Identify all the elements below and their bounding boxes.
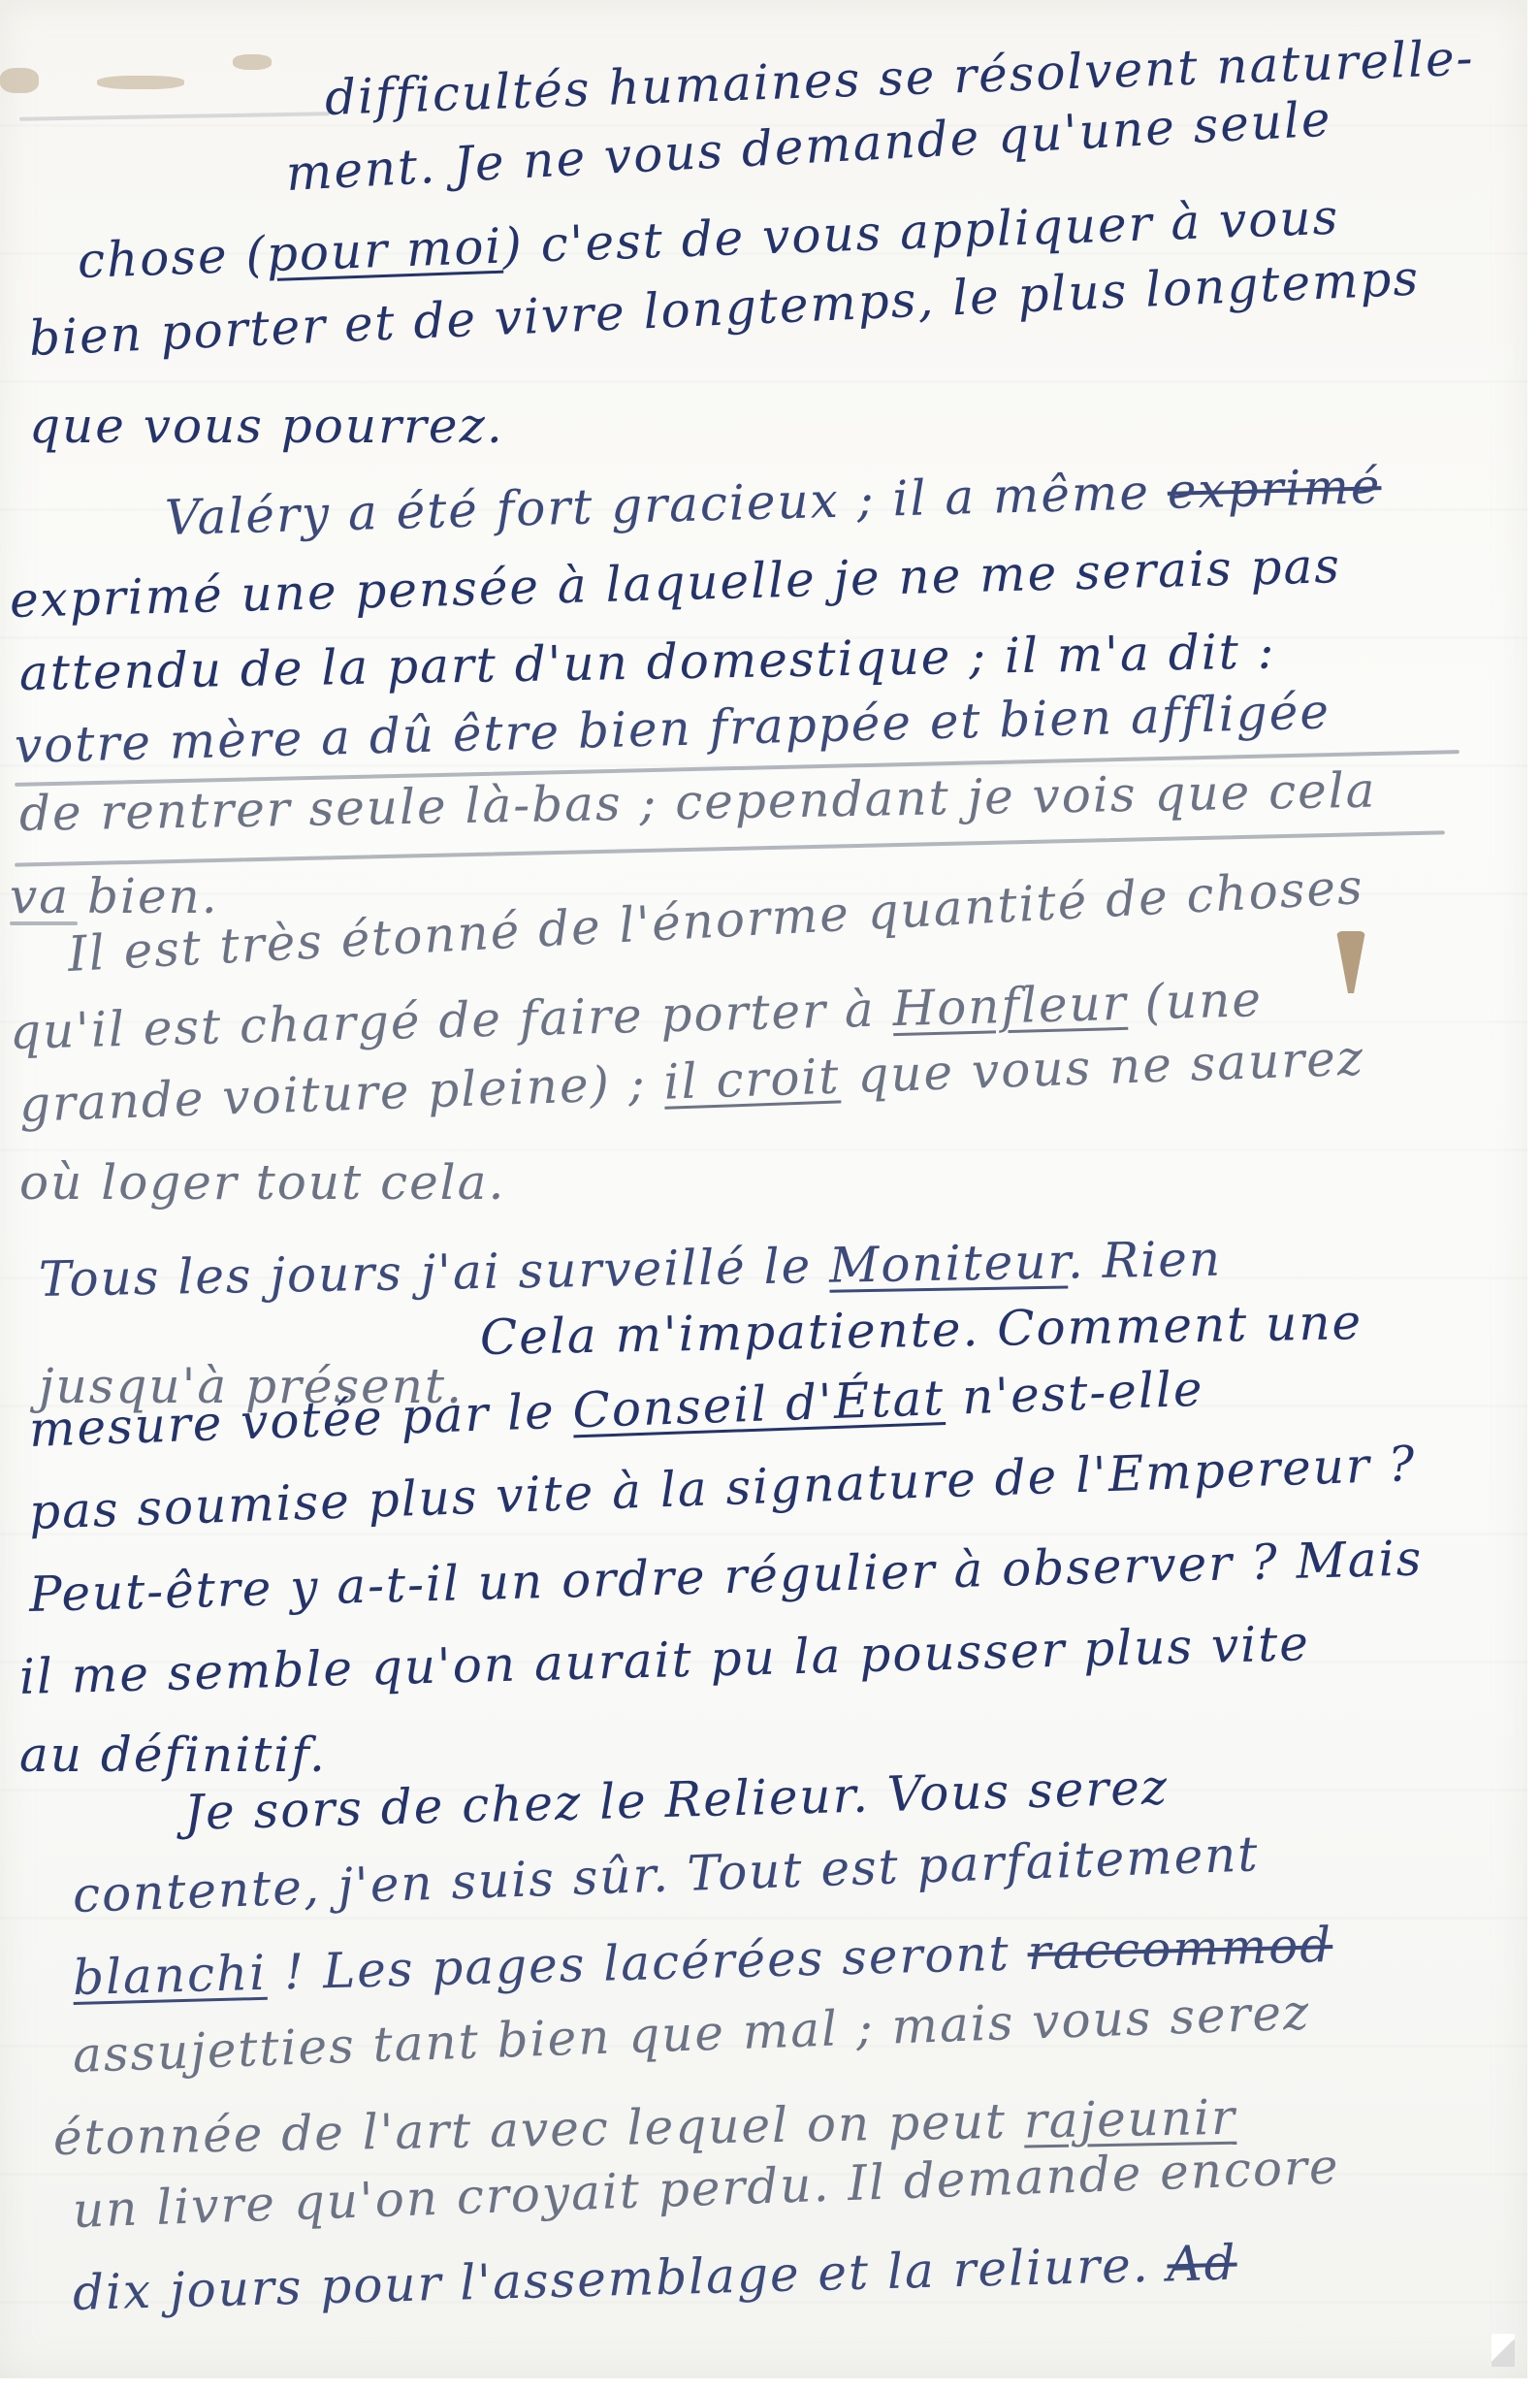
underlined-text: il croit xyxy=(663,1048,842,1110)
text-line-21: Peut-être y a-t-il un ordre régulier à o… xyxy=(28,1530,1424,1623)
pencil-line xyxy=(10,921,78,925)
stain xyxy=(233,54,272,70)
text-line-16: Tous les jours j'ai surveillé le Moniteu… xyxy=(38,1231,1222,1308)
wax-stain xyxy=(1336,931,1365,993)
text-line-30: dix jours pour l'assemblage et la reliur… xyxy=(72,2235,1237,2321)
struck-text: exprimé xyxy=(1167,458,1382,520)
underlined-text: rajeunir xyxy=(1023,2089,1236,2149)
text-line-7: exprimé une pensée à laquelle je ne me s… xyxy=(9,537,1341,629)
stain xyxy=(0,68,39,93)
text-line-24: Je sors de chez le Relieur. Vous serez xyxy=(183,1759,1170,1841)
underlined-text: blanchi xyxy=(72,1945,268,2006)
underlined-text: Moniteur xyxy=(829,1233,1069,1293)
text-line-17: Cela m'impatiente. Comment une xyxy=(479,1294,1363,1366)
struck-text: raccommod xyxy=(1027,1917,1333,1981)
text-line-15: où loger tout cela. xyxy=(19,1154,505,1211)
underlined-text: Honfleur xyxy=(892,975,1129,1037)
text-line-12: Il est très étonné de l'énorme quantité … xyxy=(66,858,1364,983)
underlined-text: pour moi xyxy=(266,218,504,282)
text-line-11: va bien. xyxy=(10,868,219,924)
struck-text: Ad xyxy=(1167,2235,1238,2293)
text-line-25: contente, j'en suis sûr. Tout est parfai… xyxy=(72,1825,1260,1923)
folded-corner xyxy=(1492,2334,1515,2367)
text-line-22: il me semble qu'on aurait pu la pousser … xyxy=(18,1615,1310,1705)
faded-stroke xyxy=(19,112,330,121)
text-line-6: Valéry a été fort gracieux ; il a même e… xyxy=(164,458,1382,546)
text-line-10: de rentrer seule là-bas ; cependant je v… xyxy=(18,762,1376,842)
text-line-5: que vous pourrez. xyxy=(29,398,504,454)
underlined-text: Conseil d'État xyxy=(572,1370,946,1438)
text-line-23: au définitif. xyxy=(19,1727,327,1783)
text-line-20: pas soumise plus vite à la signature de … xyxy=(28,1436,1417,1540)
stain xyxy=(97,76,184,89)
letter-page: difficultés humaines se résolvent nature… xyxy=(0,0,1527,2378)
